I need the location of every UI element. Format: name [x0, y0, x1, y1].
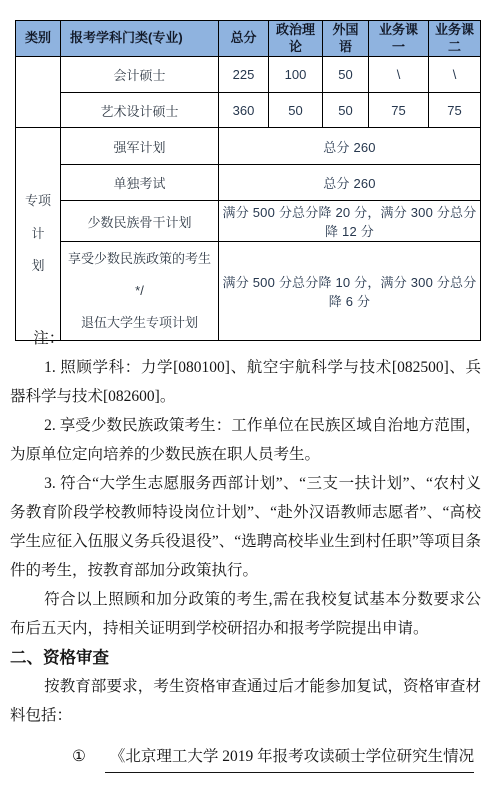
table-row: 专项计 划 强军计划 总分 260: [16, 128, 481, 165]
notes-section: 注： 1. 照顾学科：力学[080100]、航空宇航科学与技术[082500]、…: [10, 324, 481, 773]
cell-policy: 满分 500 分总分降 20 分，满分 300 分总分降 12 分: [219, 201, 481, 242]
header-total: 总分: [219, 21, 269, 57]
cell-policy: 总分 260: [219, 165, 481, 201]
header-foreign-language: 外国 语: [323, 21, 369, 57]
document-page: 类别 报考学科门类(专业) 总分 政治理 论 外国 语 业务课 一 业务课 二 …: [0, 0, 491, 797]
cell-program: 少数民族骨干计划: [61, 201, 219, 242]
cell-politics: 100: [269, 57, 323, 93]
cell-category-special: 专项计 划: [16, 128, 61, 341]
list-item-underlined-text: 《北京理工大学 2019 年报考攻读硕士学位研究生情况: [105, 742, 474, 773]
cell-course2: 75: [429, 93, 481, 128]
cell-foreign: 50: [323, 93, 369, 128]
cell-course1: 75: [369, 93, 429, 128]
header-subject: 报考学科门类(专业): [61, 21, 219, 57]
cell-category-empty: [16, 57, 61, 128]
table-row: 艺术设计硕士 360 50 50 75 75: [16, 93, 481, 128]
score-table: 类别 报考学科门类(专业) 总分 政治理 论 外国 语 业务课 一 业务课 二 …: [15, 20, 481, 341]
header-politics: 政治理 论: [269, 21, 323, 57]
cell-program: 强军计划: [61, 128, 219, 165]
cell-policy: 总分 260: [219, 128, 481, 165]
header-course2: 业务课 二: [429, 21, 481, 57]
cell-foreign: 50: [323, 57, 369, 93]
table-header-row: 类别 报考学科门类(专业) 总分 政治理 论 外国 语 业务课 一 业务课 二: [16, 21, 481, 57]
list-item: ① 《北京理工大学 2019 年报考攻读硕士学位研究生情况: [10, 742, 481, 773]
section-heading-qualification-review: 二、资格审查: [10, 643, 481, 672]
cell-course2: \: [429, 57, 481, 93]
note-closing-paragraph: 符合以上照顾和加分政策的考生,需在我校复试基本分数要求公布后五天内，持相关证明到…: [10, 585, 481, 643]
cell-politics: 50: [269, 93, 323, 128]
cell-program: 单独考试: [61, 165, 219, 201]
cell-total: 360: [219, 93, 269, 128]
cell-course1: \: [369, 57, 429, 93]
list-item-marker: ①: [72, 742, 86, 771]
notes-label: 注：: [10, 324, 481, 353]
cell-program: 艺术设计硕士: [61, 93, 219, 128]
table-row: 会计硕士 225 100 50 \ \: [16, 57, 481, 93]
table-row: 少数民族骨干计划 满分 500 分总分降 20 分，满分 300 分总分降 12…: [16, 201, 481, 242]
table-row: 单独考试 总分 260: [16, 165, 481, 201]
note-item-1: 1. 照顾学科：力学[080100]、航空宇航科学与技术[082500]、兵器科…: [10, 353, 481, 411]
cell-total: 225: [219, 57, 269, 93]
header-course1: 业务课 一: [369, 21, 429, 57]
header-category: 类别: [16, 21, 61, 57]
note-item-2: 2. 享受少数民族政策考生：工作单位在民族区域自治地方范围，为原单位定向培养的少…: [10, 411, 481, 469]
cell-program: 会计硕士: [61, 57, 219, 93]
qualification-paragraph: 按教育部要求，考生资格审查通过后才能参加复试，资格审查材料包括：: [10, 672, 481, 730]
note-item-3: 3. 符合“大学生志愿服务西部计划”、“三支一扶计划”、“农村义务教育阶段学校教…: [10, 469, 481, 585]
